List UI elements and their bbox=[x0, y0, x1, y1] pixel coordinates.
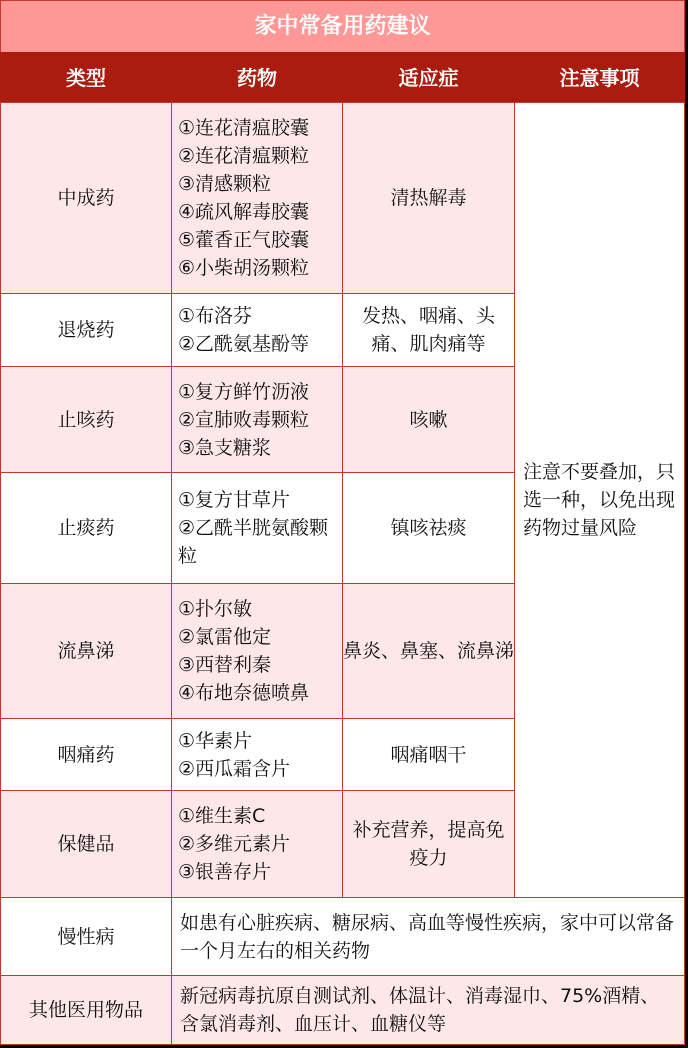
row-drugs-supplements: ①维生素C ②多维元素片 ③银善存片 bbox=[171, 790, 343, 898]
drug-item: ②西瓜霜含片 bbox=[178, 755, 290, 783]
row-drugs-fever: ①布洛芬 ②乙酰氨基酚等 bbox=[171, 293, 343, 367]
row-drugs-cough: ①复方鲜竹沥液 ②宣肺败毒颗粒 ③急支糖浆 bbox=[171, 366, 343, 473]
drug-item: ②多维元素片 bbox=[178, 830, 290, 858]
row-type-throat: 咽痛药 bbox=[0, 718, 172, 791]
drug-item: ②宣肺败毒颗粒 bbox=[178, 406, 309, 434]
row-type-phlegm: 止痰药 bbox=[0, 472, 172, 584]
drug-item: ③急支糖浆 bbox=[178, 434, 271, 462]
row-type-runny-nose: 流鼻涕 bbox=[0, 583, 172, 719]
drug-item: ①维生素C bbox=[178, 802, 265, 830]
row-indication-tcm: 清热解毒 bbox=[342, 102, 515, 294]
notes-cell: 注意不要叠加，只选一种，以免出现药物过量风险 bbox=[514, 102, 685, 898]
header-indication: 适应症 bbox=[342, 52, 515, 103]
drug-item: ②乙酰半胱氨酸颗粒 bbox=[178, 514, 336, 570]
drug-item: ③清感颗粒 bbox=[178, 170, 271, 198]
row-drugs-runny-nose: ①扑尔敏 ②氯雷他定 ③西替利秦 ④布地奈德喷鼻 bbox=[171, 583, 343, 719]
row-indication-fever: 发热、咽痛、头痛、肌肉痛等 bbox=[342, 293, 515, 367]
row-drugs-phlegm: ①复方甘草片 ②乙酰半胱氨酸颗粒 bbox=[171, 472, 343, 584]
row-type-other-supplies: 其他医用物品 bbox=[0, 975, 172, 1045]
drug-item: ①华素片 bbox=[178, 727, 252, 755]
row-type-supplements: 保健品 bbox=[0, 790, 172, 898]
drug-item: ④疏风解毒胶囊 bbox=[178, 198, 309, 226]
header-type: 类型 bbox=[0, 52, 172, 103]
drug-item: ①扑尔敏 bbox=[178, 595, 252, 623]
row-type-fever: 退烧药 bbox=[0, 293, 172, 367]
drug-item: ③银善存片 bbox=[178, 858, 271, 886]
row-type-tcm: 中成药 bbox=[0, 102, 172, 294]
row-content-other-supplies: 新冠病毒抗原自测试剂、体温计、消毒湿巾、75%酒精、含氯消毒剂、血压计、血糖仪等 bbox=[171, 975, 685, 1045]
row-indication-runny-nose: 鼻炎、鼻塞、流鼻涕 bbox=[342, 583, 515, 719]
row-indication-phlegm: 镇咳祛痰 bbox=[342, 472, 515, 584]
row-indication-cough: 咳嗽 bbox=[342, 366, 515, 473]
header-drugs: 药物 bbox=[171, 52, 343, 103]
drug-item: ①复方鲜竹沥液 bbox=[178, 378, 309, 406]
row-content-chronic: 如患有心脏疾病、糖尿病、高血等慢性疾病，家中可以常备一个月左右的相关药物 bbox=[171, 897, 685, 976]
row-indication-throat: 咽痛咽干 bbox=[342, 718, 515, 791]
header-notes: 注意事项 bbox=[514, 52, 685, 103]
row-type-cough: 止咳药 bbox=[0, 366, 172, 473]
drug-item: ②连花清瘟颗粒 bbox=[178, 142, 309, 170]
drug-item: ②乙酰氨基酚等 bbox=[178, 330, 309, 358]
drug-item: ②氯雷他定 bbox=[178, 623, 271, 651]
drug-item: ①布洛芬 bbox=[178, 302, 252, 330]
drug-item: ⑥小柴胡汤颗粒 bbox=[178, 254, 309, 282]
table-title: 家中常备用药建议 bbox=[0, 0, 685, 53]
drug-item: ①连花清瘟胶囊 bbox=[178, 114, 309, 142]
row-indication-supplements: 补充营养，提高免疫力 bbox=[342, 790, 515, 898]
row-type-chronic: 慢性病 bbox=[0, 897, 172, 976]
row-drugs-throat: ①华素片 ②西瓜霜含片 bbox=[171, 718, 343, 791]
drug-item: ③西替利秦 bbox=[178, 651, 271, 679]
drug-item: ①复方甘草片 bbox=[178, 486, 290, 514]
medicine-table: 家中常备用药建议 类型 药物 适应症 注意事项 中成药 ①连花清瘟胶囊 ②连花清… bbox=[0, 0, 685, 1045]
row-drugs-tcm: ①连花清瘟胶囊 ②连花清瘟颗粒 ③清感颗粒 ④疏风解毒胶囊 ⑤藿香正气胶囊 ⑥小… bbox=[171, 102, 343, 294]
drug-item: ④布地奈德喷鼻 bbox=[178, 679, 309, 707]
drug-item: ⑤藿香正气胶囊 bbox=[178, 226, 309, 254]
